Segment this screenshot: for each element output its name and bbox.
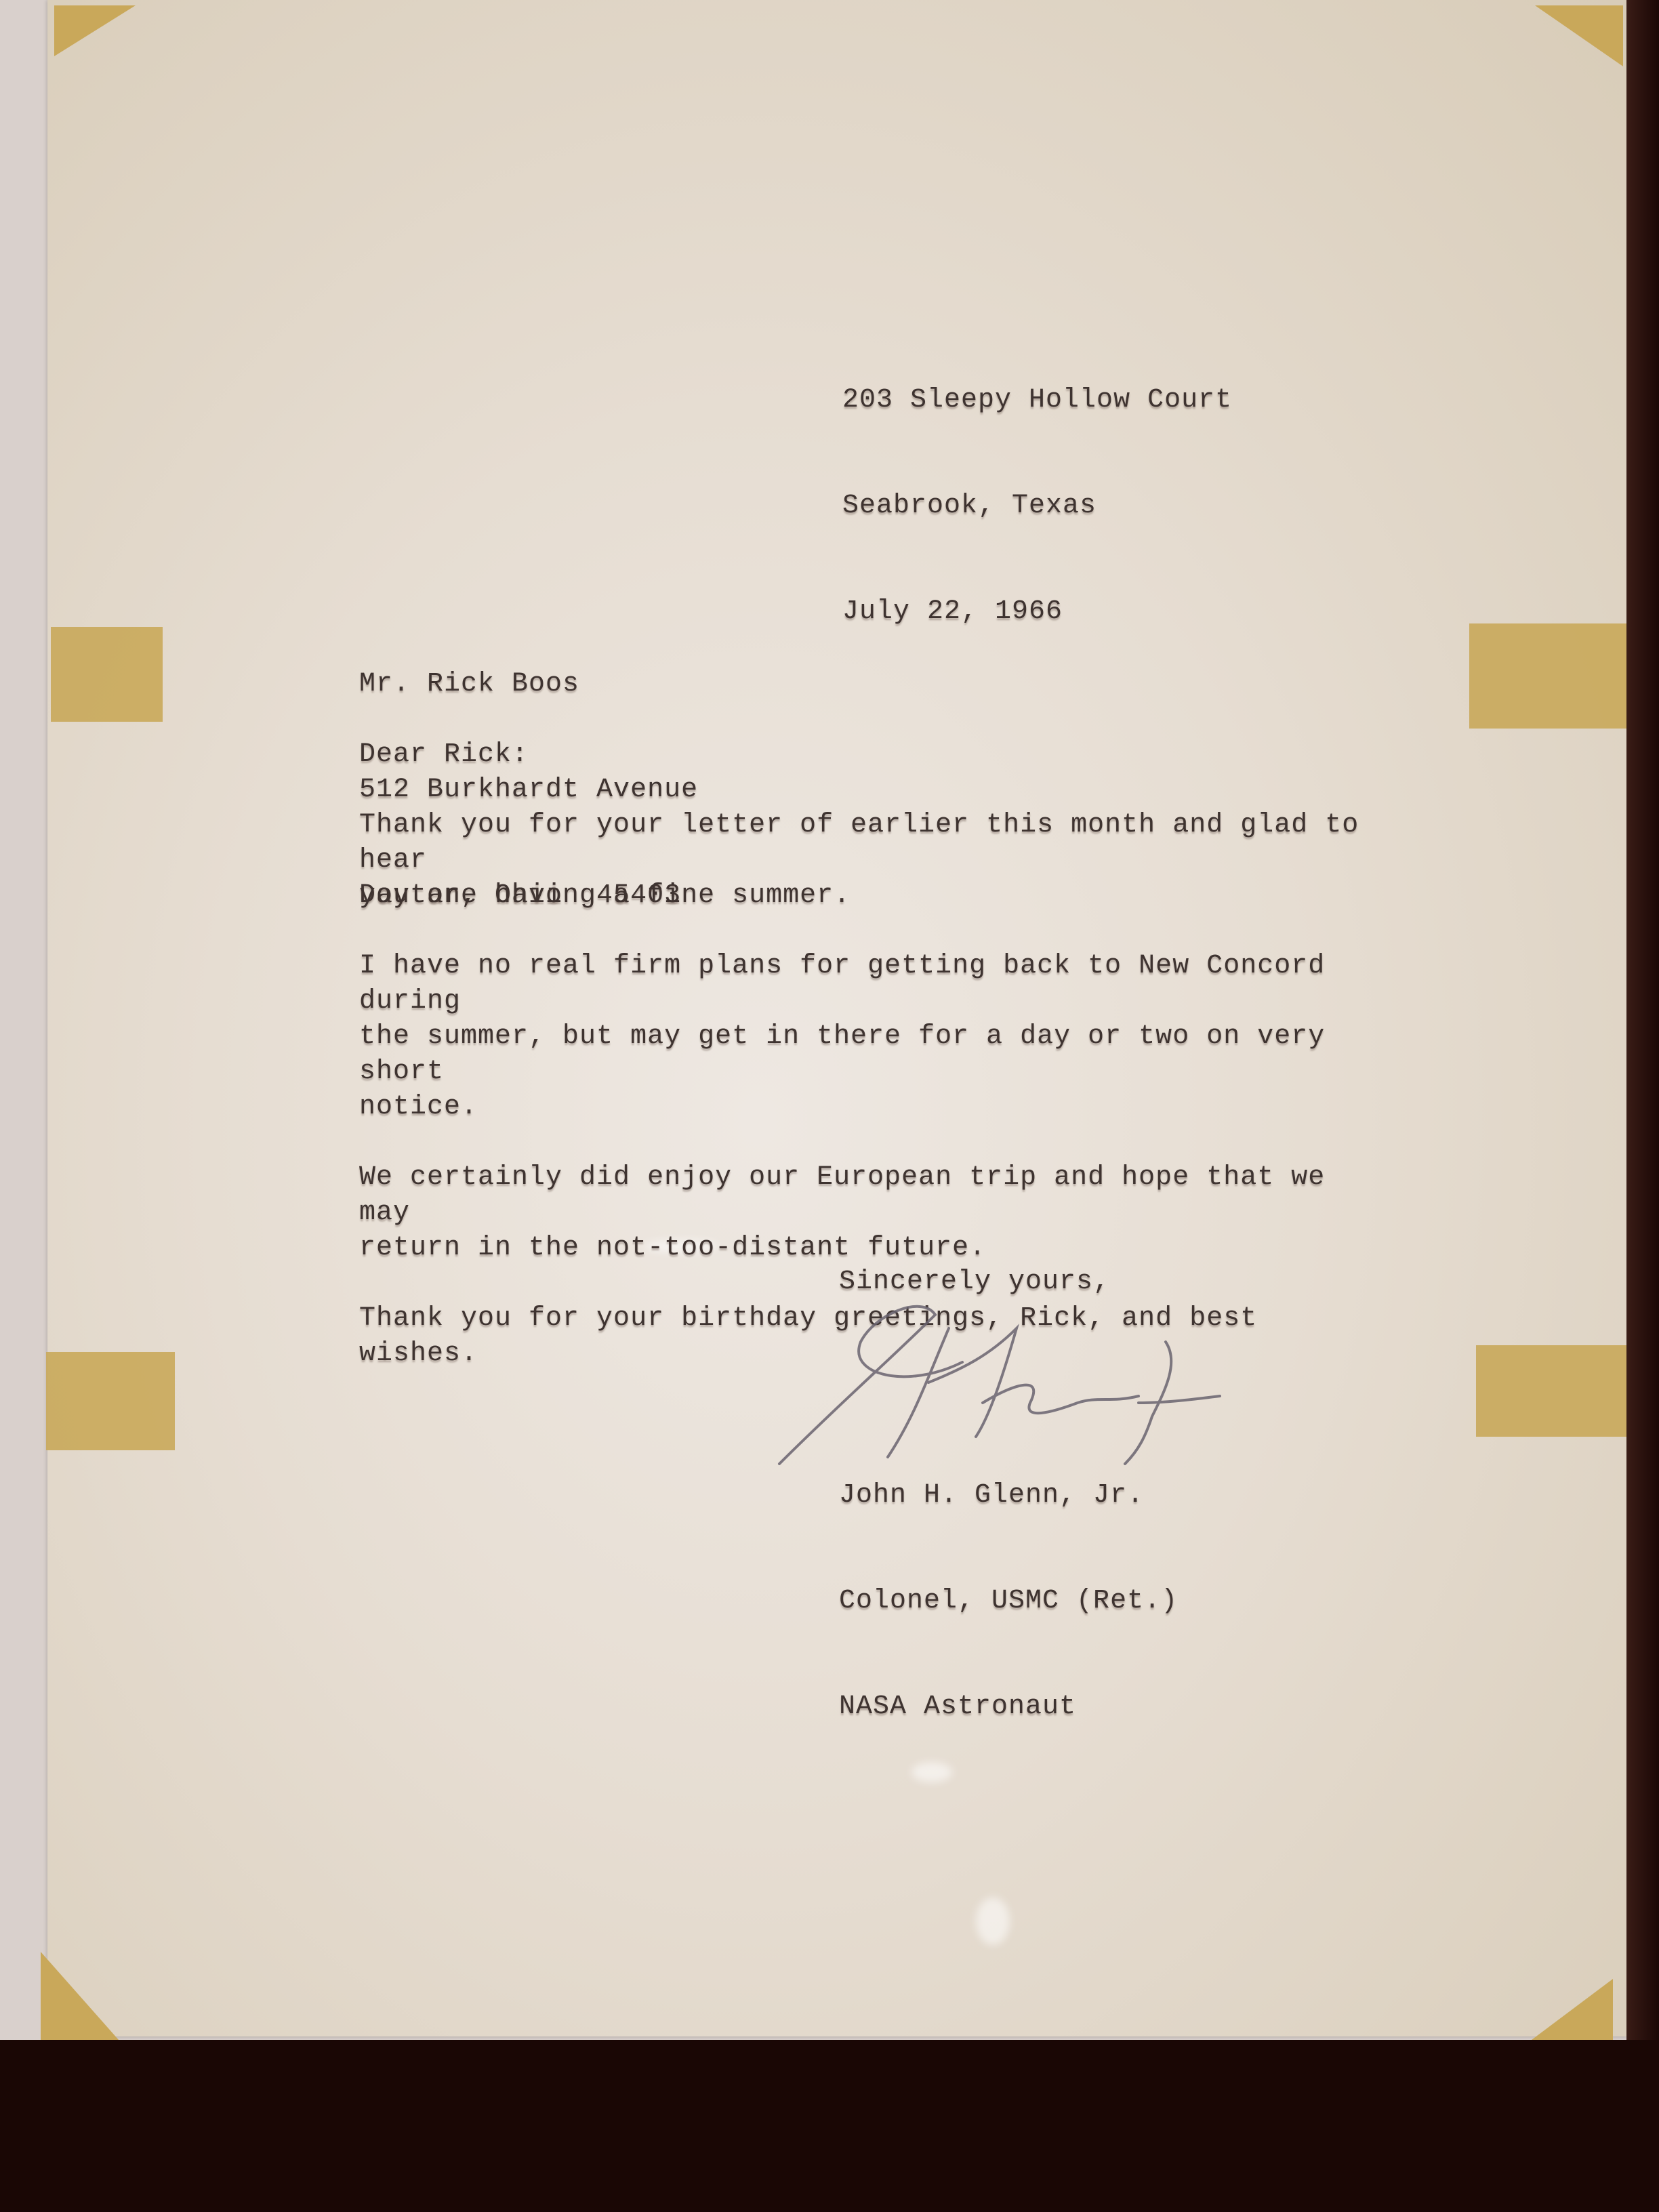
closing: Sincerely yours,: [839, 1265, 1110, 1300]
side-tape-right-upper: [1469, 623, 1626, 729]
signer-rank: Colonel, USMC (Ret.): [839, 1584, 1178, 1619]
side-tape-right-lower: [1476, 1345, 1626, 1437]
side-tape-left-lower: [46, 1352, 175, 1450]
corner-tape-bottom-right: [1532, 1979, 1613, 2040]
sender-street: 203 Sleepy Hollow Court: [842, 383, 1232, 418]
paragraph-3: We certainly did enjoy our European trip…: [359, 1160, 1376, 1266]
paragraph-1: Thank you for your letter of earlier thi…: [359, 808, 1376, 914]
table-edge: [1626, 0, 1659, 2040]
signer-name: John H. Glenn, Jr.: [839, 1478, 1178, 1513]
glare: [976, 1898, 1010, 1945]
letter-date: July 22, 1966: [842, 594, 1232, 630]
corner-tape-top-right: [1535, 5, 1623, 66]
signature-block: John H. Glenn, Jr. Colonel, USMC (Ret.) …: [839, 1408, 1178, 1760]
salutation: Dear Rick:: [359, 737, 1376, 773]
corner-tape-top-left: [54, 5, 136, 56]
recipient-name: Mr. Rick Boos: [359, 667, 698, 702]
side-tape-left-upper: [51, 627, 163, 722]
signer-title: NASA Astronaut: [839, 1689, 1178, 1725]
paragraph-2: I have no real firm plans for getting ba…: [359, 949, 1376, 1125]
sender-address: 203 Sleepy Hollow Court Seabrook, Texas …: [842, 312, 1232, 665]
corner-tape-bottom-left: [41, 1952, 119, 2040]
sender-city: Seabrook, Texas: [842, 489, 1232, 524]
glare: [912, 1762, 952, 1782]
